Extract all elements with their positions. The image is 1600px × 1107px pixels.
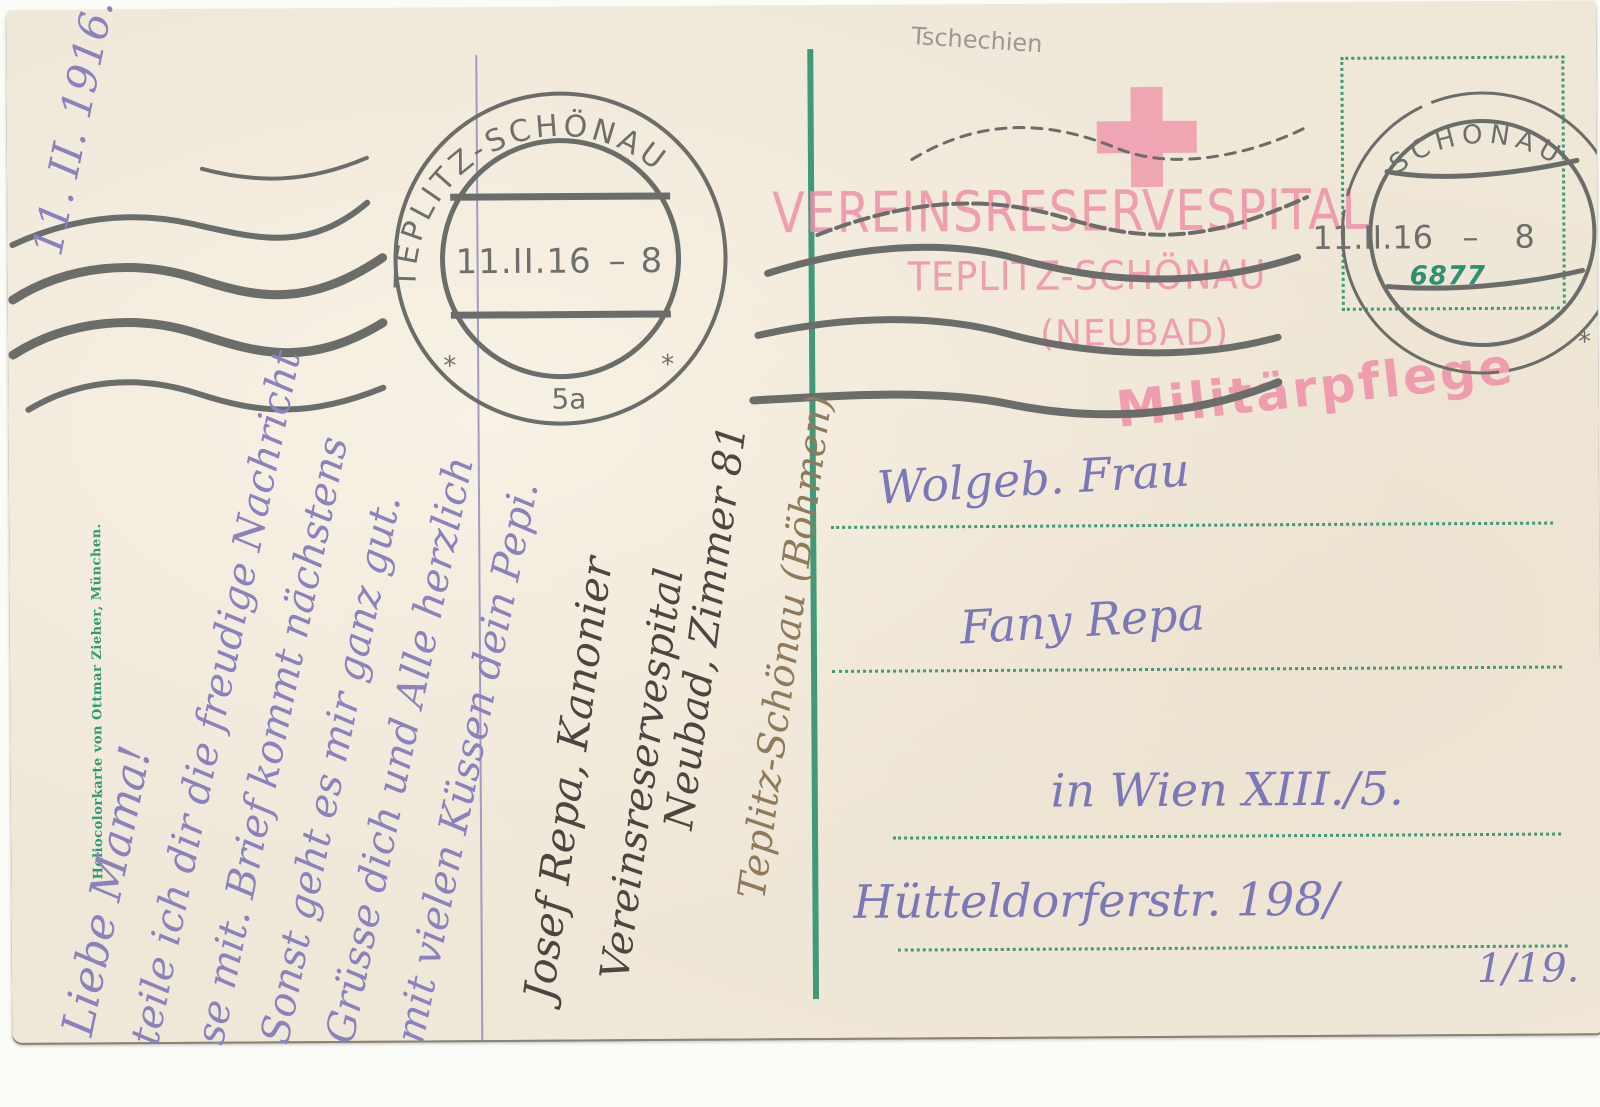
svg-text:*: * [443,351,456,381]
postcard: 6877 Heliocolorkarte von Ottmar Zieher, … [6,0,1600,1043]
svg-text:5a: 5a [551,382,586,415]
svg-text:8: 8 [640,241,662,281]
cachet-district: (NEUBAD) [1040,313,1229,355]
stamp-number: 6877 [1410,261,1487,291]
address-salutation: Wolgeb. Frau [876,443,1192,515]
postmark-teplitz: TEPLITZ-SCHÖNAU 11.II.16 – 8 5a * * [387,93,726,425]
address-city: in Wien XIII./5. [1051,761,1404,817]
red-cross-icon [1096,87,1197,188]
address-line-2 [832,666,1562,673]
cachet-town: TEPLITZ-SCHÖNAU [908,252,1267,300]
address-line-4 [898,944,1568,951]
svg-text:TEPLITZ-SCHÖNAU: TEPLITZ-SCHÖNAU [387,107,675,290]
message-date: 11. II. 1916. [22,0,123,260]
message-divider-line [475,55,483,1040]
address-line-3 [893,833,1561,840]
address-street: Hütteldorferstr. 198/ [853,872,1339,929]
address-line-1 [831,522,1553,529]
pencil-note: Tschechien [910,22,1043,58]
svg-text:*: * [661,350,674,380]
cachet-hospital-name: VEREINSRESERVESPITAL [772,178,1369,247]
address-apartment: 1/19. [1477,945,1580,992]
svg-text:–: – [608,241,625,281]
svg-text:*: * [1578,327,1591,357]
address-recipient: Fany Repa [958,586,1206,654]
